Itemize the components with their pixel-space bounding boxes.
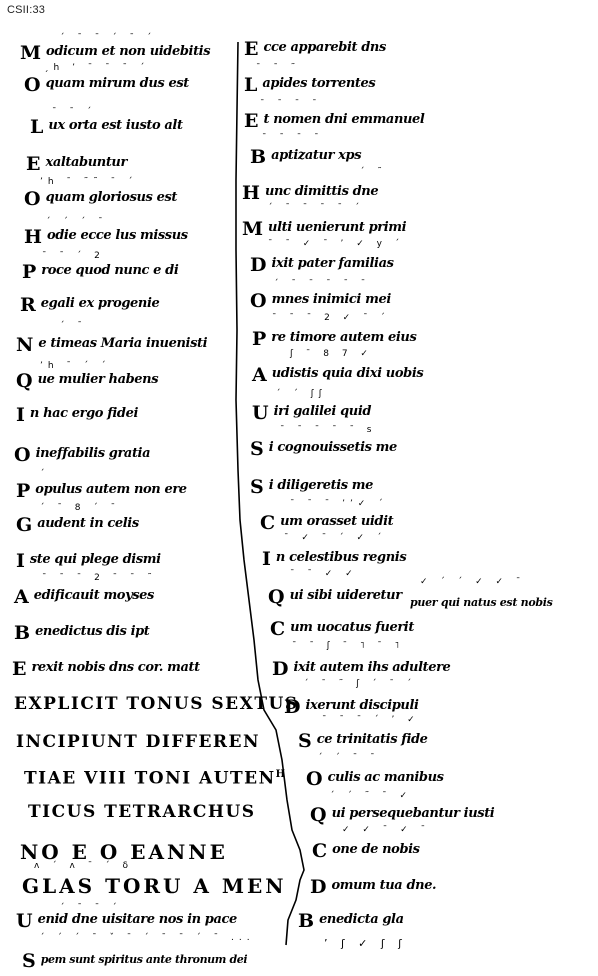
chant-line: Uenid dne uisitare nos in pace	[16, 912, 237, 931]
chant-line: Hodie ecce lus missus	[24, 228, 188, 247]
chant-line: Si diligeretis me	[250, 478, 373, 497]
chant-line: Proce quod nunc e di	[22, 263, 178, 282]
chant-line: In celestibus regnis	[262, 550, 406, 569]
chant-text: unc dimittis dne	[265, 184, 378, 199]
neumes-row: ʼh ˉ ˊ ˊ	[40, 362, 111, 371]
chant-line: Benedictus dis ipt	[14, 624, 149, 643]
chant-text: um orasset uidit	[280, 514, 393, 529]
neumes-row: ˉ ˉ ˜	[256, 64, 300, 73]
chant-text: edificauit moyses	[34, 588, 154, 603]
chant-text: ue mulier habens	[38, 372, 159, 387]
initial-letter: O	[24, 76, 41, 95]
chant-line: Cone de nobis	[312, 842, 420, 861]
initial-letter: U	[252, 404, 269, 423]
chant-text: xaltabuntur	[45, 155, 126, 170]
chant-text: n hac ergo fidei	[30, 406, 138, 421]
neumes-row: ʼ ʃ ✓ ʃ ʃ	[324, 938, 407, 949]
initial-letter: H	[24, 228, 42, 247]
initial-letter: P	[252, 330, 266, 349]
chant-text: ui persequebantur iusti	[332, 806, 495, 821]
chant-text: odie ecce lus missus	[47, 228, 188, 243]
initial-letter: D	[284, 698, 300, 717]
neumes-row: ˏh ʼ ˉ ˉ ˉ ˊ	[44, 64, 149, 73]
chant-text: ulti uenierunt primi	[268, 220, 406, 235]
rubric-line: GLAS TORU A MEN	[22, 876, 287, 896]
chant-line: Lapides torrentes	[244, 76, 375, 95]
rubric-line: TICUS TETRARCHUS	[28, 804, 256, 821]
initial-letter: Q	[16, 372, 33, 391]
rubric-line: INCIPIUNT DIFFEREN	[16, 734, 260, 751]
chant-line: Hunc dimittis dne	[242, 184, 378, 203]
chant-line: Erexit nobis dns cor. matt	[12, 660, 200, 679]
rubric-text: TIAE VIII TONI AUTEN	[24, 769, 276, 789]
initial-letter: S	[22, 952, 36, 971]
initial-letter: L	[30, 118, 43, 137]
chant-line: In hac ergo fidei	[16, 406, 138, 425]
chant-text: roce quod nunc e di	[41, 263, 178, 278]
initial-letter: C	[312, 842, 327, 861]
initial-letter: P	[16, 482, 30, 501]
chant-text: re timore autem eius	[271, 330, 416, 345]
neumes-row: ˉ ˉ ˉ ˉ	[260, 100, 322, 109]
chant-line: Oquam gloriosus est	[24, 190, 177, 209]
chant-text: cce apparebit dns	[263, 40, 385, 55]
rubric-line: TIAE VIII TONI AUTENH	[24, 770, 287, 788]
neumes-row: ˉ ˉ ˉ 2 ✓ ˉ ˊ	[272, 314, 390, 323]
initial-letter: S	[298, 732, 312, 751]
neumes-row: ˉ ˉ ˊ	[52, 108, 96, 117]
neumes-row: ˉ ˉ ˉ ˊ ʼ ✓	[322, 716, 420, 725]
initial-letter: E	[12, 660, 26, 679]
chant-line: Exaltabuntur	[26, 155, 127, 174]
initial-letter: B	[250, 148, 266, 167]
chant-line: Multi uenierunt primi	[242, 220, 406, 239]
chant-line: Oquam mirum dus est	[24, 76, 189, 95]
chant-line: Regali ex progenie	[20, 296, 159, 315]
neumes-row: ˊ ˉ	[60, 322, 87, 331]
neumes-row: ˊ ˉ ˉ ˊ ˉ ˊ	[60, 34, 156, 43]
chant-text: i diligeretis me	[269, 478, 373, 493]
rubric-superscript: H	[276, 769, 287, 780]
margin-neumes: ✓ ˊ ˊ ✓ ✓ ˉ	[420, 578, 525, 587]
chant-line: Domum tua dne.	[310, 878, 436, 897]
initial-letter: M	[20, 44, 41, 63]
neumes-row: ˊ ˊ ˉ ˉ	[318, 754, 380, 763]
initial-letter: C	[270, 620, 285, 639]
neumes-row: ✓ ✓ ˉ ✓ ˉ	[342, 826, 430, 835]
chant-text: mnes inimici mei	[272, 292, 391, 307]
neumes-row: ˊ ˊ ˊ ˉ	[46, 218, 108, 227]
initial-letter: S	[250, 440, 264, 459]
chant-text: udistis quia dixi uobis	[272, 366, 424, 381]
chant-text: ux orta est iusto alt	[48, 118, 182, 133]
neumes-row: ˊ ˊ ʃʃ	[276, 390, 327, 399]
chant-text: egali ex progenie	[41, 296, 160, 311]
initial-letter: M	[242, 220, 263, 239]
neumes-row: ˊ ˉ 8 ˊ ˉ	[40, 504, 120, 513]
initial-letter: Q	[310, 806, 327, 825]
chant-text: i cognouissetis me	[269, 440, 397, 455]
chant-line: Spem sunt spiritus ante thronum dei	[22, 952, 247, 971]
initial-letter: O	[306, 770, 323, 789]
chant-line: Qui sibi uideretur	[268, 588, 402, 607]
margin-note: puer qui natus est nobis	[410, 596, 553, 609]
neumes-row: ˉ ˉ ✓ ˉ ʼ ✓ y ˊ	[268, 240, 404, 249]
initial-letter: E	[26, 155, 40, 174]
chant-line: Pre timore autem eius	[252, 330, 416, 349]
neumes-row: ˉ ˉ ˉ ˉ ˉ s	[280, 426, 377, 435]
neumes-row: ˉ ˉ ˉ ʼʼ✓ ˊ	[290, 500, 388, 509]
initial-letter: H	[242, 184, 260, 203]
initial-letter: U	[16, 912, 33, 931]
initial-letter: I	[16, 552, 25, 571]
neumes-row: ˉ ˉ ˉ 2 ˉ ˉ ˜	[42, 574, 157, 583]
neumes-row: ˊ ˜	[360, 168, 387, 177]
chant-text: ineffabilis gratia	[36, 446, 151, 461]
chant-line: Audistis quia dixi uobis	[252, 366, 423, 385]
neumes-row: ˉ ˉ ˊ 2	[42, 252, 105, 261]
neumes-row: ʼh ˉ ˜˜ ˉ ˊ	[40, 178, 138, 187]
chant-text: culis ac manibus	[328, 770, 444, 785]
initial-letter: C	[260, 514, 275, 533]
initial-letter: A	[252, 366, 267, 385]
initial-letter: B	[298, 912, 314, 931]
chant-line: Oineffabilis gratia	[14, 446, 150, 465]
initial-letter: E	[244, 40, 258, 59]
chant-line: Ne timeas Maria inuenisti	[16, 336, 207, 355]
chant-line: Dixit autem ihs adultere	[272, 660, 450, 679]
chant-text: quam gloriosus est	[46, 190, 177, 205]
chant-line: Populus autem non ere	[16, 482, 187, 501]
initial-letter: D	[310, 878, 326, 897]
chant-text: ixerunt discipuli	[305, 698, 418, 713]
initial-letter: O	[14, 446, 31, 465]
chant-text: um uocatus fuerit	[290, 620, 414, 635]
chant-text: one de nobis	[332, 842, 419, 857]
chant-line: Uiri galilei quid	[252, 404, 371, 423]
chant-line: Gaudent in celis	[16, 516, 139, 535]
chant-text: rexit nobis dns cor. matt	[31, 660, 199, 675]
chant-line: Et nomen dni emmanuel	[244, 112, 424, 131]
rubric-line: NO E O EANNE	[20, 842, 228, 862]
initial-letter: R	[20, 296, 36, 315]
chant-text: ixit autem ihs adultere	[293, 660, 450, 675]
chant-text: enedictus dis ipt	[35, 624, 149, 639]
neumes-row: ˊ ˉ ˜ ʃ ˊ ˉ ˊ	[304, 680, 416, 689]
chant-line: Dixit pater familias	[250, 256, 394, 275]
chant-line: Cum uocatus fuerit	[270, 620, 414, 639]
chant-line: Omnes inimici mei	[250, 292, 391, 311]
chant-text: omum tua dne.	[331, 878, 436, 893]
initial-letter: I	[16, 406, 25, 425]
chant-text: e timeas Maria inuenisti	[38, 336, 207, 351]
neumes-row: ˉ ✓ ˉ ˊ ✓ ˊ	[284, 534, 386, 543]
chant-line: Qui persequebantur iusti	[310, 806, 494, 825]
chant-text: audent in celis	[37, 516, 139, 531]
chant-text: opulus autem non ere	[35, 482, 186, 497]
neumes-row: ˊ ˉ ˉ ˉ ˉ ˊ	[268, 204, 364, 213]
chant-text: pem sunt spiritus ante thronum dei	[41, 953, 247, 966]
chant-text: quam mirum dus est	[46, 76, 189, 91]
neumes-row: ˉ ˉ ˉ ˉ	[262, 134, 324, 143]
chant-line: Aedificauit moyses	[14, 588, 154, 607]
initial-letter: S	[250, 478, 264, 497]
initial-letter: N	[16, 336, 33, 355]
chant-line: Modicum et non uidebitis	[20, 44, 210, 63]
chant-text: iri galilei quid	[274, 404, 372, 419]
rubric-line: EXPLICIT TONUS SEXTUS	[14, 696, 299, 713]
chant-text: n celestibus regnis	[276, 550, 406, 565]
neumes-row: ʃ ˉ 8 7 ✓	[290, 350, 373, 359]
initial-letter: Q	[268, 588, 285, 607]
neumes-row: ˊ	[40, 470, 50, 479]
neumes-row: ʌ ˊ ʌ ˉ ˊ δ	[34, 862, 133, 871]
chant-text: apides torrentes	[262, 76, 375, 91]
neumes-row: ˊ ˉ ˉ ˉ ˉ ˉ	[274, 280, 370, 289]
chant-line: Benedicta gla	[298, 912, 404, 931]
chant-line: Que mulier habens	[16, 372, 158, 391]
chant-line: Cum orasset uidit	[260, 514, 393, 533]
chant-line: Si cognouissetis me	[250, 440, 397, 459]
chant-line: Ecce apparebit dns	[244, 40, 386, 59]
initial-letter: D	[250, 256, 266, 275]
chant-text: enedicta gla	[319, 912, 404, 927]
initial-letter: I	[262, 550, 271, 569]
initial-letter: D	[272, 660, 288, 679]
chant-line: Oculis ac manibus	[306, 770, 444, 789]
chant-text: t nomen dni emmanuel	[263, 112, 424, 127]
initial-letter: L	[244, 76, 257, 95]
initial-letter: B	[14, 624, 30, 643]
initial-letter: O	[250, 292, 267, 311]
initial-letter: G	[16, 516, 32, 535]
initial-letter: O	[24, 190, 41, 209]
chant-line: Baptizatur xps	[250, 148, 361, 167]
chant-line: Sce trinitatis fide	[298, 732, 428, 751]
initial-letter: A	[14, 588, 29, 607]
neumes-row: ˊ ˊ ˊ ˉ ˇ ˉ ˊ ˉ ˉ ˊ ˉ ...	[40, 934, 255, 943]
initial-letter: P	[22, 263, 36, 282]
neumes-row: ˉ ˉ ✓ ✓	[290, 570, 358, 579]
neumes-row: ˉ ˉ ʃ ˉ ˥ ˉ ˥	[292, 642, 404, 651]
chant-text: odicum et non uidebitis	[46, 44, 210, 59]
chant-text: enid dne uisitare nos in pace	[38, 912, 237, 927]
initial-letter: E	[244, 112, 258, 131]
chant-line: Iste qui plege dismi	[16, 552, 161, 571]
chant-text: ui sibi uideretur	[290, 588, 402, 603]
chant-text: ce trinitatis fide	[317, 732, 428, 747]
neumes-row: ˊ ˊ ˜ ˉ ✓	[330, 792, 412, 801]
chant-line: Lux orta est iusto alt	[30, 118, 183, 137]
chant-text: aptizatur xps	[271, 148, 361, 163]
chant-text: ixit pater familias	[271, 256, 393, 271]
page-label: CSII:33	[7, 4, 45, 16]
chant-text: ste qui plege dismi	[30, 552, 161, 567]
